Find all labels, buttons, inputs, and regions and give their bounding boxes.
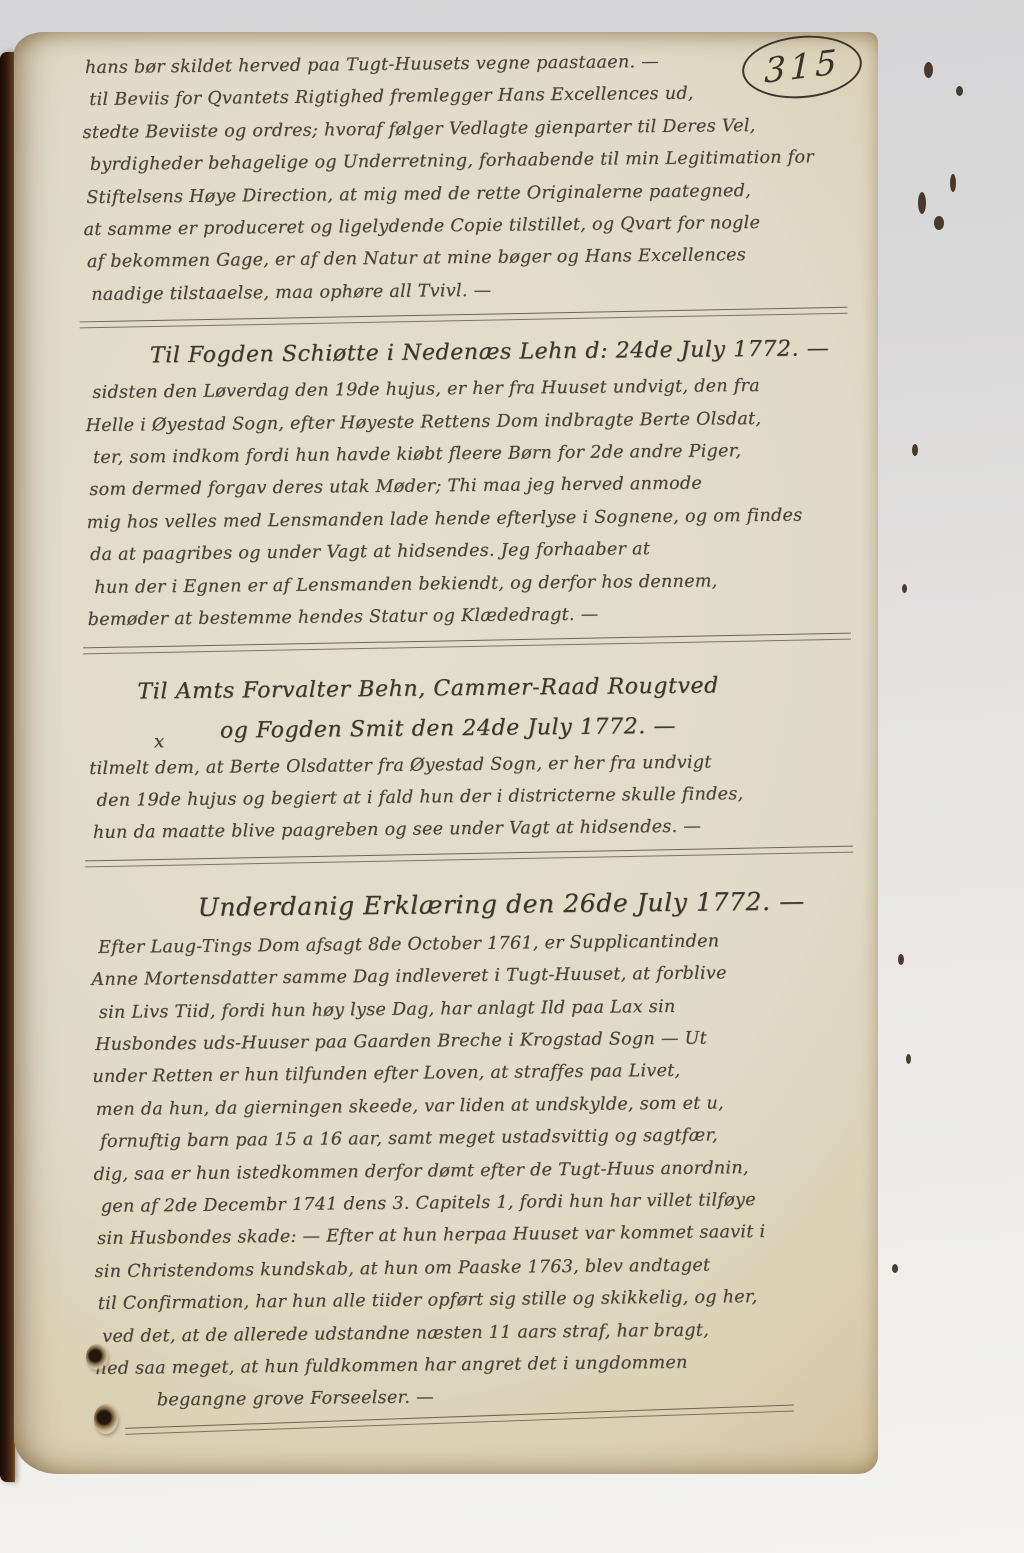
book-fore-edge <box>872 24 1012 1506</box>
ink-spot <box>918 192 926 214</box>
section-heading-line2: xog Fogden Smit den 24de July 1772. — <box>220 705 852 752</box>
manuscript-line: bemøder at bestemme hendes Statur og Klæ… <box>88 596 851 636</box>
section-letter-to-amtsforvalter-behn: Til Amts Forvalter Behn, Cammer-Raad Rou… <box>91 665 853 850</box>
book-spine <box>0 52 15 1482</box>
ink-spot <box>912 444 918 456</box>
margin-x-mark: x <box>154 722 165 762</box>
ink-spot <box>956 86 963 96</box>
ink-spot <box>898 954 904 965</box>
page-hole <box>94 1404 118 1434</box>
section-letter-continuation: hans bør skildet herved paa Tugt-Huusets… <box>85 44 848 311</box>
section-underdanig-erklaering: Underdanig Erklæring den 26de July 1772.… <box>93 878 859 1418</box>
ink-spot <box>934 216 944 230</box>
photo-backdrop: 315 hans bør skildet herved paa Tugt-Huu… <box>0 0 1024 1553</box>
ink-spot <box>950 174 956 192</box>
manuscript-line: naadige tilstaaelse, maa ophøre all Tviv… <box>91 271 847 311</box>
ink-spot <box>924 62 933 78</box>
section-letter-to-fogden-schiotte: Til Fogden Schiøtte i Nedenæs Lehn d: 24… <box>88 329 851 636</box>
ink-spot <box>906 1054 911 1064</box>
section-heading: Underdanig Erklæring den 26de July 1772.… <box>197 878 853 931</box>
ink-spot <box>902 584 907 593</box>
manuscript-line: hun da maatte blive paagreben og see und… <box>93 809 853 849</box>
manuscript-text: hans bør skildet herved paa Tugt-Huusets… <box>85 44 859 1439</box>
section-divider <box>83 632 851 654</box>
manuscript-page: 315 hans bør skildet herved paa Tugt-Huu… <box>14 32 878 1474</box>
ink-spot <box>892 1264 898 1273</box>
section-heading-text: og Fogden Smit den 24de July 1772. — <box>220 713 676 743</box>
page-hole <box>86 1344 108 1370</box>
section-divider <box>85 845 853 867</box>
section-divider <box>80 307 848 329</box>
